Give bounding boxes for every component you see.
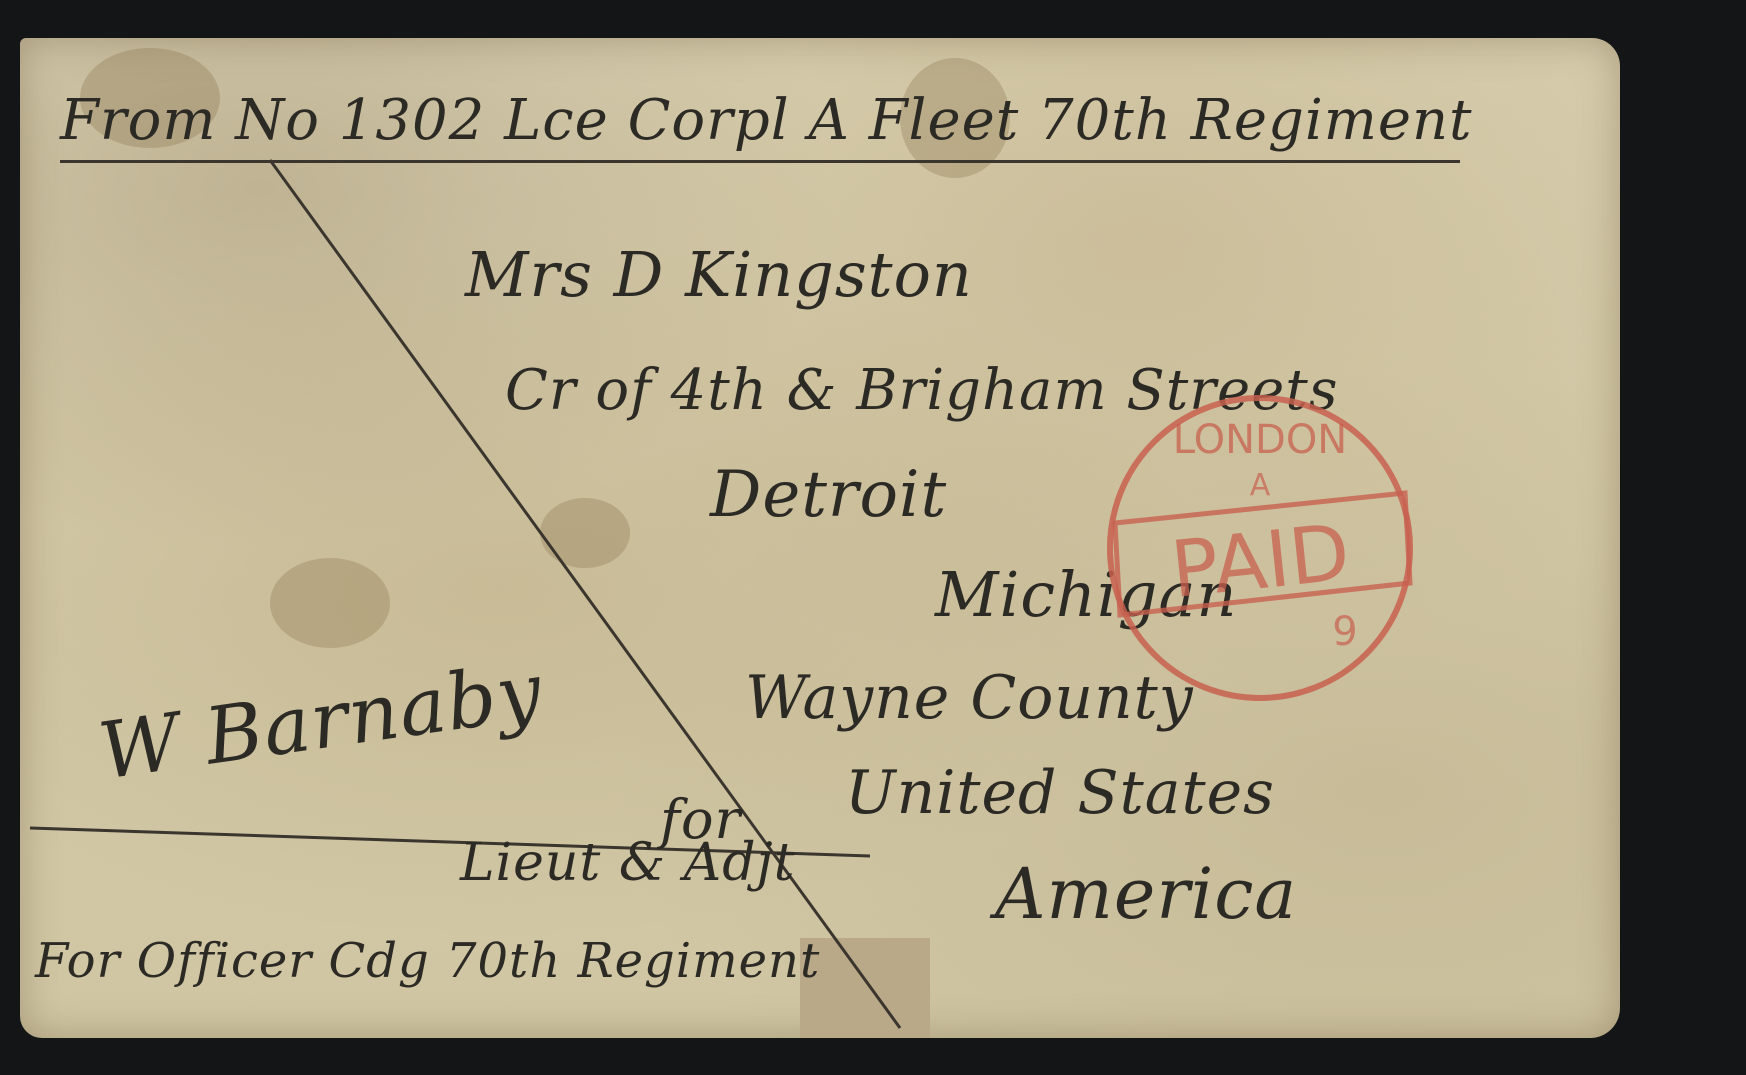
addressee-country-line2: America [995, 853, 1297, 935]
postmark-middle-text: PAID [1167, 508, 1354, 616]
postmark-date: 9 [1332, 609, 1357, 655]
sender-underline [60, 160, 1460, 163]
london-paid-postmark: LONDON A PAID 9 [1095, 383, 1425, 713]
addressee-name: Mrs D Kingston [465, 238, 973, 311]
postmark-letter: A [1250, 468, 1271, 503]
officer-line: For Officer Cdg 70th Regiment [35, 933, 820, 989]
postmark-top-text: LONDON [1173, 417, 1347, 463]
addressee-city: Detroit [710, 458, 947, 532]
sender-line: From No 1302 Lce Corpl A Fleet 70th Regi… [60, 88, 1473, 153]
signature-title: Lieut & Adjt [460, 833, 796, 893]
addressee-country-line1: United States [845, 758, 1275, 828]
envelope: From No 1302 Lce Corpl A Fleet 70th Regi… [20, 38, 1620, 1038]
